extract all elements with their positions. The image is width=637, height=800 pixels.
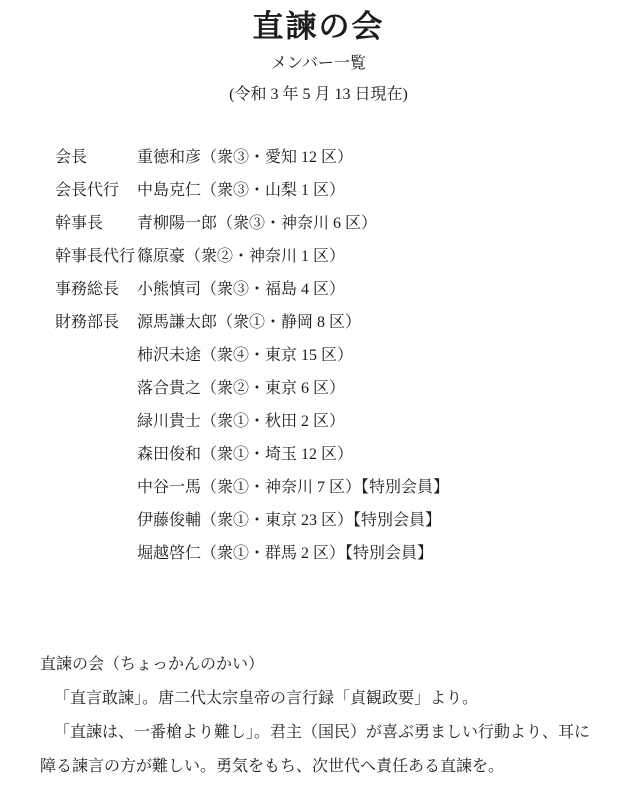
member-name: 青柳陽一郎 [137,215,217,232]
member-entry: 森田俊和（衆①・埼玉 12 区） [137,438,627,471]
member-role [55,504,137,537]
member-name: 重徳和彦 [137,149,201,166]
member-row: 事務総長 小熊慎司（衆③・福島 4 区） [55,273,627,306]
member-role [55,339,137,372]
member-district: （衆①・秋田 2 区） [201,413,345,430]
footer-line-text: 障る諫言の方が難しい。勇気をもち、次世代へ責任ある直諫を。 [40,758,504,775]
member-row: 中谷一馬（衆①・神奈川 7 区）【特別会員】 [55,471,627,504]
member-district: （衆④・東京 15 区） [201,347,353,364]
member-row: 会長 重徳和彦（衆③・愛知 12 区） [55,141,627,174]
member-name: 小熊慎司 [137,281,201,298]
member-name: 篠原豪 [137,248,185,265]
member-entry: 堀越啓仁（衆①・群馬 2 区）【特別会員】 [137,537,627,570]
page-title: 直諫の会 [0,9,637,45]
member-role: 幹事長 [55,207,137,240]
member-row: 森田俊和（衆①・埼玉 12 区） [55,438,627,471]
member-row: 堀越啓仁（衆①・群馬 2 区）【特別会員】 [55,537,627,570]
footer-line: 障る諫言の方が難しい。勇気をもち、次世代へ責任ある直諫を。 [40,750,617,784]
member-name: 源馬謙太郎 [137,314,217,331]
document-page: 直諫の会 メンバー一覧 (令和 3 年 5 月 13 日現在) 会長 重徳和彦（… [0,0,637,800]
member-entry: 中谷一馬（衆①・神奈川 7 区）【特別会員】 [137,471,627,504]
member-entry: 中島克仁（衆③・山梨 1 区） [137,174,627,207]
footer-line-text: 直諫の会（ちょっかんのかい） [40,656,264,673]
member-name: 伊藤俊輔 [137,512,201,529]
page-subtitle: メンバー一覧 [0,54,637,73]
member-district: （衆③・福島 4 区） [201,281,345,298]
date-line: (令和 3 年 5 月 13 日現在) [0,85,637,104]
member-role: 財務部長 [55,306,137,339]
member-entry: 篠原豪（衆②・神奈川 1 区） [137,240,627,273]
member-row: 柿沢未途（衆④・東京 15 区） [55,339,627,372]
footer-line-text: 「直言敢諫」。唐二代太宗皇帝の言行録「貞観政要」より。 [54,690,478,707]
member-special-tag: 【特別会員】 [353,512,441,529]
member-entry: 柿沢未途（衆④・東京 15 区） [137,339,627,372]
member-name: 森田俊和 [137,446,201,463]
member-entry: 小熊慎司（衆③・福島 4 区） [137,273,627,306]
footer-line: 「直諫は、一番槍より難し」。君主（国民）が喜ぶ勇ましい行動より、耳に [40,716,617,750]
member-name: 落合貴之 [137,380,201,397]
member-entry: 源馬謙太郎（衆①・静岡 8 区） [137,306,627,339]
member-district: （衆②・神奈川 1 区） [185,248,345,265]
member-district: （衆①・神奈川 7 区） [201,479,361,496]
member-entry: 落合貴之（衆②・東京 6 区） [137,372,627,405]
member-row: 財務部長 源馬謙太郎（衆①・静岡 8 区） [55,306,627,339]
member-district: （衆①・群馬 2 区） [201,545,345,562]
member-role [55,537,137,570]
footer-note: 直諫の会（ちょっかんのかい） 「直言敢諫」。唐二代太宗皇帝の言行録「貞観政要」よ… [40,648,617,784]
member-row: 会長代行 中島克仁（衆③・山梨 1 区） [55,174,627,207]
member-district: （衆①・東京 23 区） [201,512,353,529]
member-district: （衆③・山梨 1 区） [201,182,345,199]
member-role [55,438,137,471]
member-name: 中島克仁 [137,182,201,199]
member-row: 落合貴之（衆②・東京 6 区） [55,372,627,405]
member-district: （衆①・埼玉 12 区） [201,446,353,463]
member-name: 柿沢未途 [137,347,201,364]
member-name: 中谷一馬 [137,479,201,496]
member-role: 会長 [55,141,137,174]
member-role: 事務総長 [55,273,137,306]
member-entry: 伊藤俊輔（衆①・東京 23 区）【特別会員】 [137,504,627,537]
member-district: （衆③・愛知 12 区） [201,149,353,166]
member-entry: 緑川貴士（衆①・秋田 2 区） [137,405,627,438]
member-district: （衆②・東京 6 区） [201,380,345,397]
footer-line: 直諫の会（ちょっかんのかい） [40,648,617,682]
member-entry: 青柳陽一郎（衆③・神奈川 6 区） [137,207,627,240]
member-row: 幹事長 青柳陽一郎（衆③・神奈川 6 区） [55,207,627,240]
member-row: 緑川貴士（衆①・秋田 2 区） [55,405,627,438]
member-special-tag: 【特別会員】 [361,479,449,496]
footer-line-text: 「直諫は、一番槍より難し」。君主（国民）が喜ぶ勇ましい行動より、耳に [54,724,590,741]
member-district: （衆③・神奈川 6 区） [217,215,377,232]
member-role: 幹事長代行 [55,240,137,273]
footer-line: 「直言敢諫」。唐二代太宗皇帝の言行録「貞観政要」より。 [40,682,617,716]
member-name: 堀越啓仁 [137,545,201,562]
member-entry: 重徳和彦（衆③・愛知 12 区） [137,141,627,174]
member-role [55,405,137,438]
member-row: 幹事長代行 篠原豪（衆②・神奈川 1 区） [55,240,627,273]
member-role: 会長代行 [55,174,137,207]
member-district: （衆①・静岡 8 区） [217,314,361,331]
member-list: 会長 重徳和彦（衆③・愛知 12 区） 会長代行 中島克仁（衆③・山梨 1 区）… [55,141,627,570]
member-name: 緑川貴士 [137,413,201,430]
member-special-tag: 【特別会員】 [345,545,433,562]
member-row: 伊藤俊輔（衆①・東京 23 区）【特別会員】 [55,504,627,537]
member-role [55,471,137,504]
member-role [55,372,137,405]
